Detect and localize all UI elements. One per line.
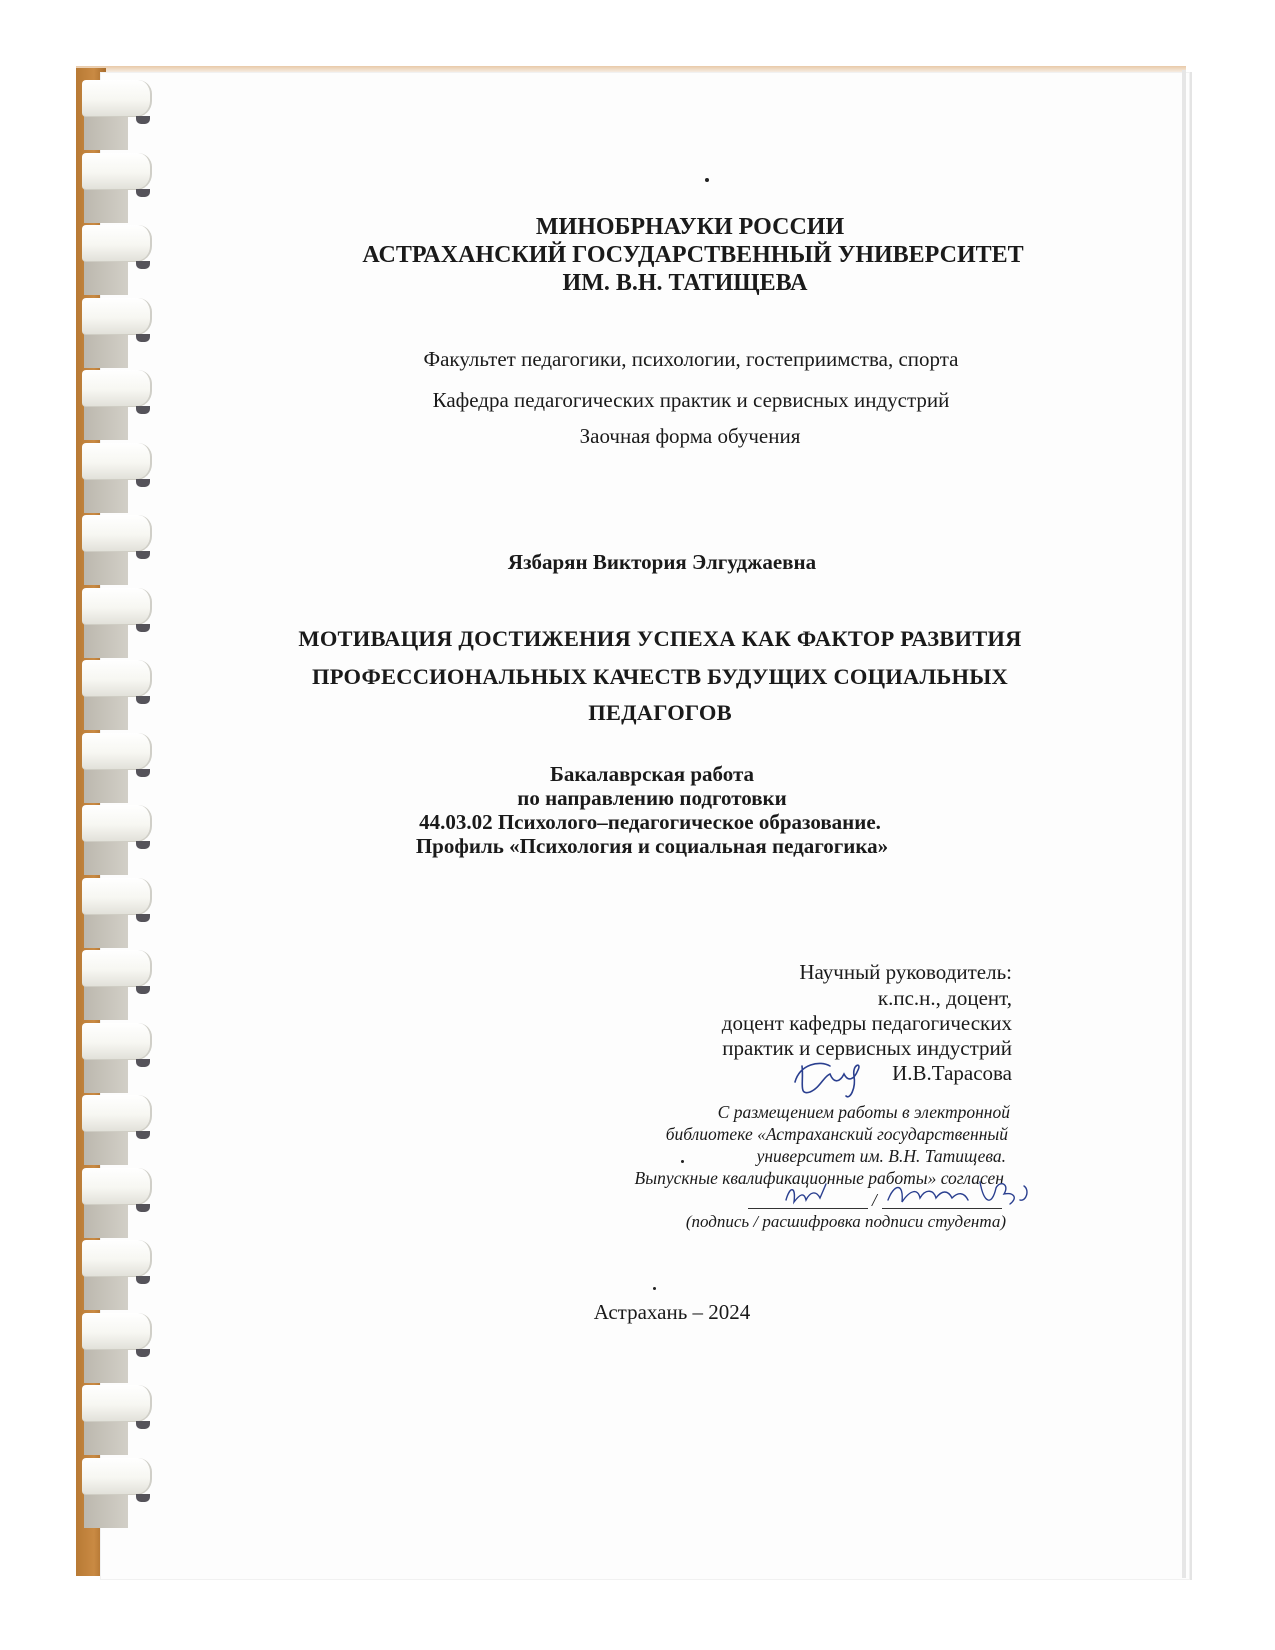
- study-form: Заочная форма обучения: [580, 424, 801, 448]
- thesis-title-line-2: ПРОФЕССИОНАЛЬНЫХ КАЧЕСТВ БУДУЩИХ СОЦИАЛЬ…: [312, 664, 1008, 690]
- supervisor-label: Научный руководитель:: [799, 960, 1012, 984]
- student-signature: [782, 1180, 842, 1210]
- thesis-title-line-1: МОТИВАЦИЯ ДОСТИЖЕНИЯ УСПЕХА КАК ФАКТОР Р…: [298, 626, 1021, 652]
- speck: [653, 1287, 656, 1290]
- title-page-content: МИНОБРНАУКИ РОССИИ АСТРАХАНСКИЙ ГОСУДАРС…: [0, 0, 1275, 1650]
- faculty-name: Факультет педагогики, психологии, гостеп…: [424, 347, 959, 371]
- direction-label: по направлению подготовки: [517, 786, 787, 810]
- supervisor-position-1: доцент кафедры педагогических: [722, 1011, 1012, 1035]
- signature-caption: (подпись / расшифровка подписи студента): [686, 1212, 1006, 1232]
- student-name-handwritten: [884, 1176, 1034, 1210]
- signature-separator: /: [872, 1190, 877, 1211]
- supervisor-name: И.В.Тарасова: [892, 1061, 1012, 1085]
- thesis-title-line-3: ПЕДАГОГОВ: [588, 700, 732, 726]
- department-name: Кафедра педагогических практик и сервисн…: [433, 388, 950, 412]
- author-name: Язбарян Виктория Элгуджаевна: [508, 550, 816, 575]
- speck: [681, 1160, 684, 1163]
- university-heading: АСТРАХАНСКИЙ ГОСУДАРСТВЕННЫЙ УНИВЕРСИТЕТ: [362, 242, 1023, 268]
- city-year: Астрахань – 2024: [594, 1300, 751, 1325]
- ministry-heading: МИНОБРНАУКИ РОССИИ: [536, 214, 844, 240]
- consent-line-2: библиотеке «Астраханский государственный: [666, 1124, 1008, 1145]
- consent-line-3: университет им. В.Н. Татищева.: [757, 1146, 1006, 1167]
- supervisor-signature: [790, 1052, 880, 1102]
- work-type: Бакалаврская работа: [550, 762, 754, 786]
- direction-code: 44.03.02 Психолого–педагогическое образо…: [419, 810, 881, 834]
- university-name-heading: ИМ. В.Н. ТАТИЩЕВА: [563, 270, 808, 296]
- consent-line-1: С размещением работы в электронной: [718, 1102, 1010, 1123]
- supervisor-degree: к.пс.н., доцент,: [878, 986, 1012, 1010]
- profile: Профиль «Психология и социальная педагог…: [416, 834, 888, 858]
- speck: [705, 178, 709, 182]
